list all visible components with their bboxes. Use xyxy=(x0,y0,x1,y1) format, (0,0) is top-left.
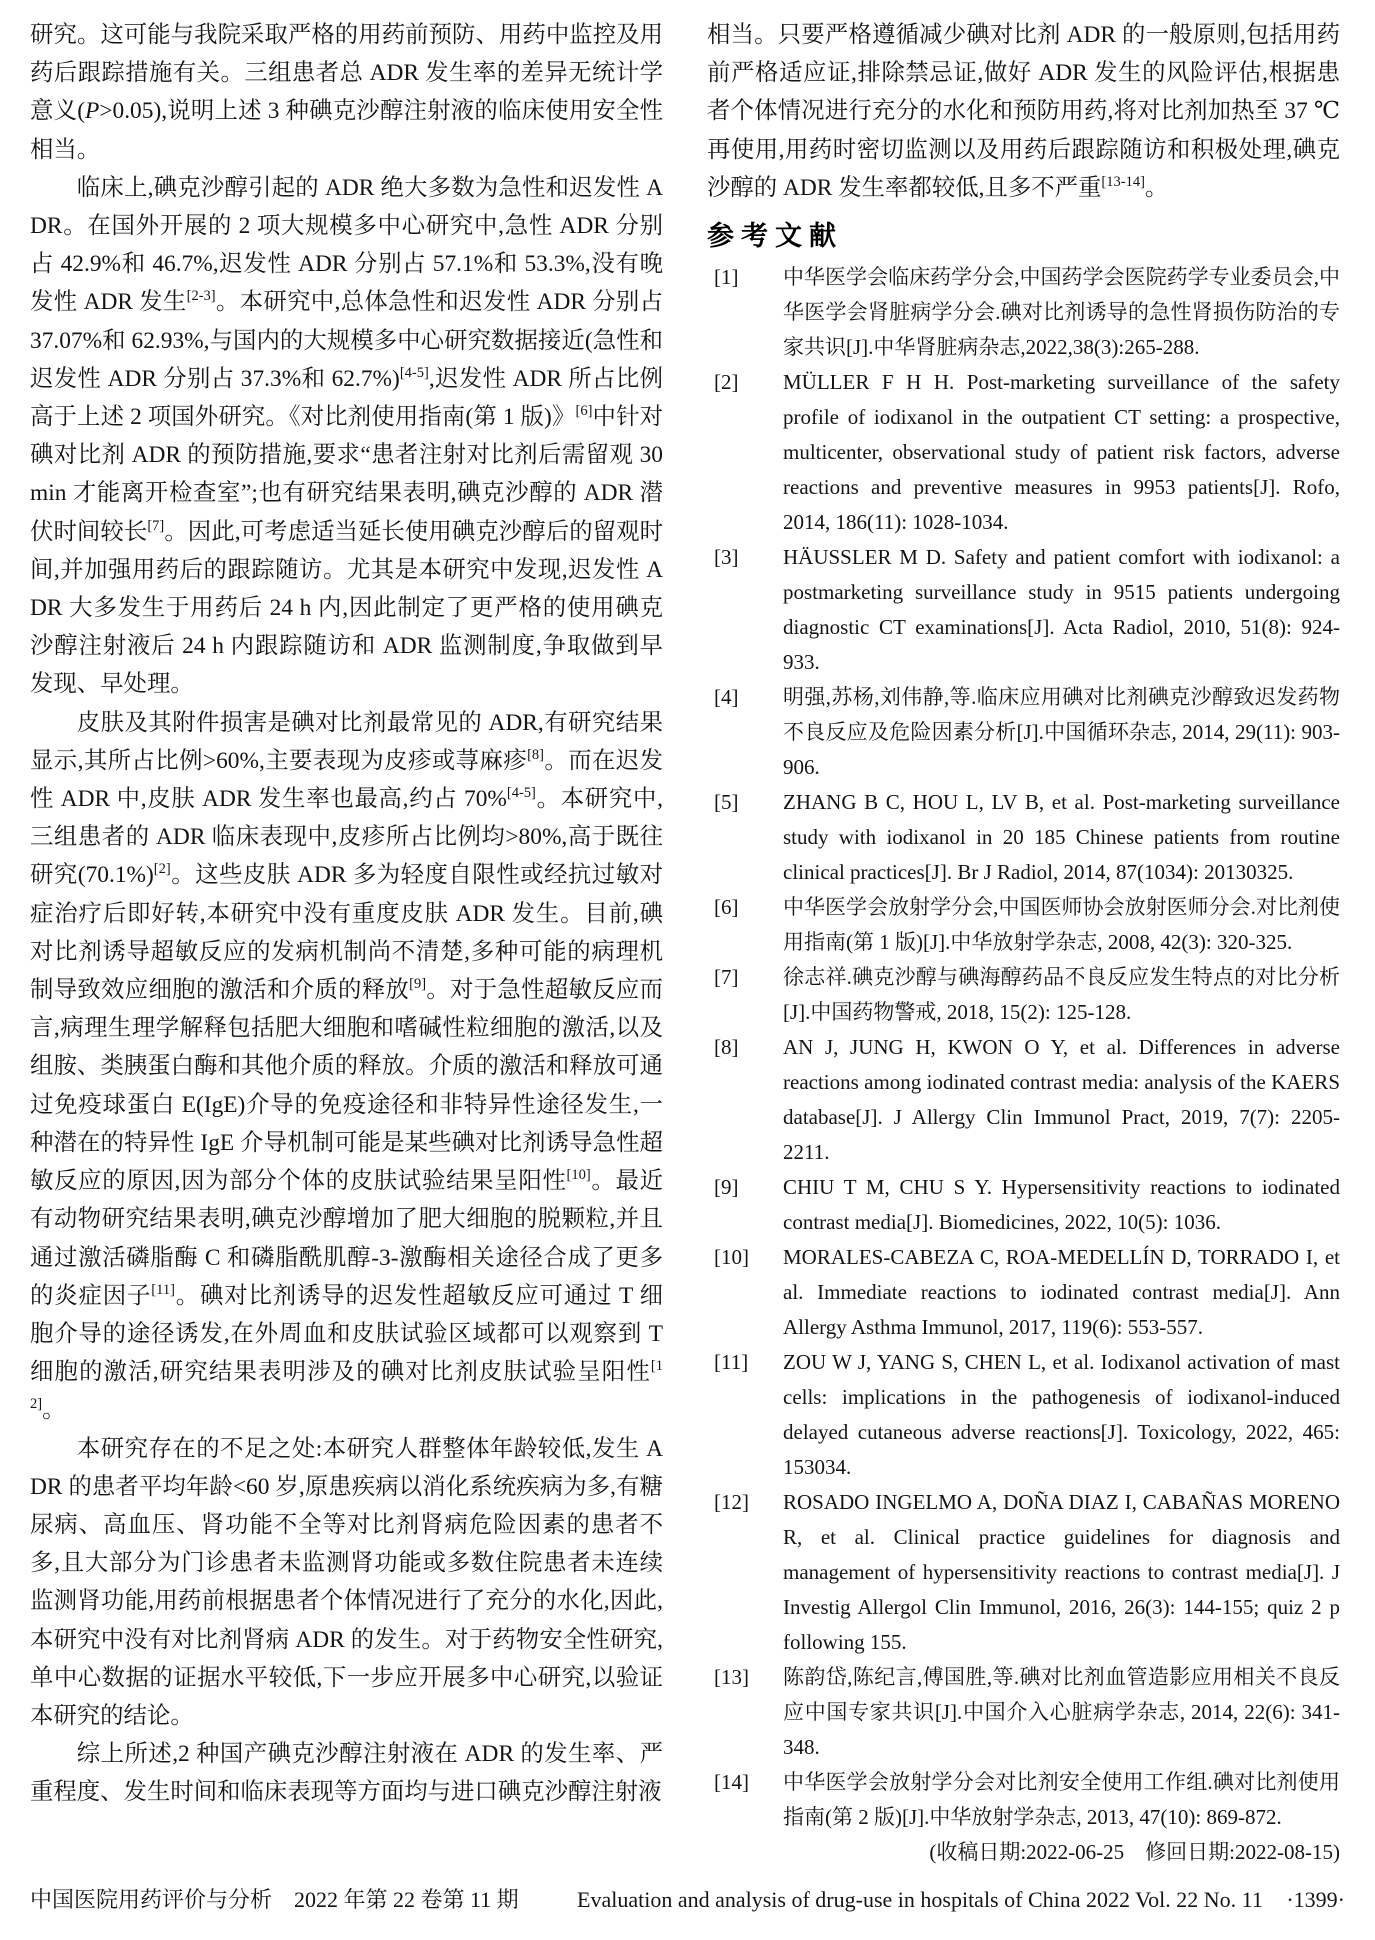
reference-item: [11]ZOU W J, YANG S, CHEN L, et al. Iodi… xyxy=(707,1345,1340,1485)
reference-item: [2]MÜLLER F H H. Post-marketing surveill… xyxy=(707,365,1340,540)
footer-journal-title-en: Evaluation and analysis of drug-use in h… xyxy=(577,1886,1345,1914)
body-paragraph: 临床上,碘克沙醇引起的 ADR 绝大多数为急性和迟发性 ADR。在国外开展的 2… xyxy=(30,169,663,704)
reference-item: [10]MORALES-CABEZA C, ROA-MEDELLÍN D, TO… xyxy=(707,1240,1340,1345)
right-column: 相当。只要严格遵循减少碘对比剂 ADR 的一般原则,包括用药前严格适应证,排除禁… xyxy=(707,16,1340,1870)
body-paragraph: 综上所述,2 种国产碘克沙醇注射液在 ADR 的发生率、严重程度、发生时间和临床… xyxy=(30,1735,663,1811)
received-revised-dates: (收稿日期:2022-06-25 修回日期:2022-08-15) xyxy=(707,1835,1340,1870)
reference-label: [12] xyxy=(714,1485,749,1520)
left-column: 研究。这可能与我院采取严格的用药前预防、用药中监控及用药后跟踪措施有关。三组患者… xyxy=(30,16,663,1812)
reference-label: [9] xyxy=(714,1170,739,1205)
reference-text: ZHANG B C, HOU L, LV B, et al. Post-mark… xyxy=(783,785,1340,890)
reference-text: HÄUSSLER M D. Safety and patient comfort… xyxy=(783,540,1340,680)
reference-text: 陈韵岱,陈纪言,傅国胜,等.碘对比剂血管造影应用相关不良反应中国专家共识[J].… xyxy=(783,1660,1340,1765)
reference-text: 徐志祥.碘克沙醇与碘海醇药品不良反应发生特点的对比分析[J].中国药物警戒, 2… xyxy=(783,960,1340,1030)
reference-item: [14]中华医学会放射学分会对比剂安全使用工作组.碘对比剂使用指南(第 2 版)… xyxy=(707,1765,1340,1835)
reference-text: 中华医学会临床药学分会,中国药学会医院药学专业委员会,中华医学会肾脏病学分会.碘… xyxy=(783,260,1340,365)
body-paragraph: 皮肤及其附件损害是碘对比剂最常见的 ADR,有研究结果显示,其所占比例>60%,… xyxy=(30,704,663,1430)
references-list: [1]中华医学会临床药学分会,中国药学会医院药学专业委员会,中华医学会肾脏病学分… xyxy=(707,260,1340,1835)
body-paragraph: 研究。这可能与我院采取严格的用药前预防、用药中监控及用药后跟踪措施有关。三组患者… xyxy=(30,16,663,169)
reference-label: [8] xyxy=(714,1030,739,1065)
reference-label: [4] xyxy=(714,680,739,715)
reference-text: 明强,苏杨,刘伟静,等.临床应用碘对比剂碘克沙醇致迟发药物不良反应及危险因素分析… xyxy=(783,680,1340,785)
reference-label: [11] xyxy=(714,1345,748,1380)
reference-label: [13] xyxy=(714,1660,749,1695)
reference-label: [1] xyxy=(714,260,739,295)
footer-journal-title-cn: 中国医院用药评价与分析 2022 年第 22 卷第 11 期 xyxy=(30,1886,519,1914)
reference-label: [6] xyxy=(714,890,739,925)
reference-item: [8]AN J, JUNG H, KWON O Y, et al. Differ… xyxy=(707,1030,1340,1170)
reference-text: MORALES-CABEZA C, ROA-MEDELLÍN D, TORRAD… xyxy=(783,1240,1340,1345)
right-intro-paragraph: 相当。只要严格遵循减少碘对比剂 ADR 的一般原则,包括用药前严格适应证,排除禁… xyxy=(707,16,1340,207)
reference-text: AN J, JUNG H, KWON O Y, et al. Differenc… xyxy=(783,1030,1340,1170)
reference-item: [4]明强,苏杨,刘伟静,等.临床应用碘对比剂碘克沙醇致迟发药物不良反应及危险因… xyxy=(707,680,1340,785)
reference-label: [5] xyxy=(714,785,739,820)
reference-text: MÜLLER F H H. Post-marketing surveillanc… xyxy=(783,365,1340,540)
reference-label: [10] xyxy=(714,1240,749,1275)
reference-item: [12]ROSADO INGELMO A, DOÑA DIAZ I, CABAÑ… xyxy=(707,1485,1340,1660)
reference-label: [2] xyxy=(714,365,739,400)
reference-item: [5]ZHANG B C, HOU L, LV B, et al. Post-m… xyxy=(707,785,1340,890)
reference-item: [7]徐志祥.碘克沙醇与碘海醇药品不良反应发生特点的对比分析[J].中国药物警戒… xyxy=(707,960,1340,1030)
reference-label: [3] xyxy=(714,540,739,575)
reference-text: ROSADO INGELMO A, DOÑA DIAZ I, CABAÑAS M… xyxy=(783,1485,1340,1660)
references-header: 参考文献 xyxy=(707,215,1340,257)
body-paragraph: 本研究存在的不足之处:本研究人群整体年龄较低,发生 ADR 的患者平均年龄<60… xyxy=(30,1430,663,1736)
reference-label: [14] xyxy=(714,1765,749,1800)
reference-item: [13]陈韵岱,陈纪言,傅国胜,等.碘对比剂血管造影应用相关不良反应中国专家共识… xyxy=(707,1660,1340,1765)
reference-text: CHIU T M, CHU S Y. Hypersensitivity reac… xyxy=(783,1170,1340,1240)
reference-item: [3]HÄUSSLER M D. Safety and patient comf… xyxy=(707,540,1340,680)
reference-item: [1]中华医学会临床药学分会,中国药学会医院药学专业委员会,中华医学会肾脏病学分… xyxy=(707,260,1340,365)
footer-journal-en-text: Evaluation and analysis of drug-use in h… xyxy=(577,1887,1263,1912)
reference-label: [7] xyxy=(714,960,739,995)
reference-item: [6]中华医学会放射学分会,中国医师协会放射医师分会.对比剂使用指南(第 1 版… xyxy=(707,890,1340,960)
reference-text: ZOU W J, YANG S, CHEN L, et al. Iodixano… xyxy=(783,1345,1340,1485)
reference-text: 中华医学会放射学分会对比剂安全使用工作组.碘对比剂使用指南(第 2 版)[J].… xyxy=(783,1765,1340,1835)
page-number: ·1399· xyxy=(1286,1887,1345,1912)
reference-item: [9]CHIU T M, CHU S Y. Hypersensitivity r… xyxy=(707,1170,1340,1240)
page-footer: 中国医院用药评价与分析 2022 年第 22 卷第 11 期 Evaluatio… xyxy=(0,1886,1375,1914)
reference-text: 中华医学会放射学分会,中国医师协会放射医师分会.对比剂使用指南(第 1 版)[J… xyxy=(783,890,1340,960)
